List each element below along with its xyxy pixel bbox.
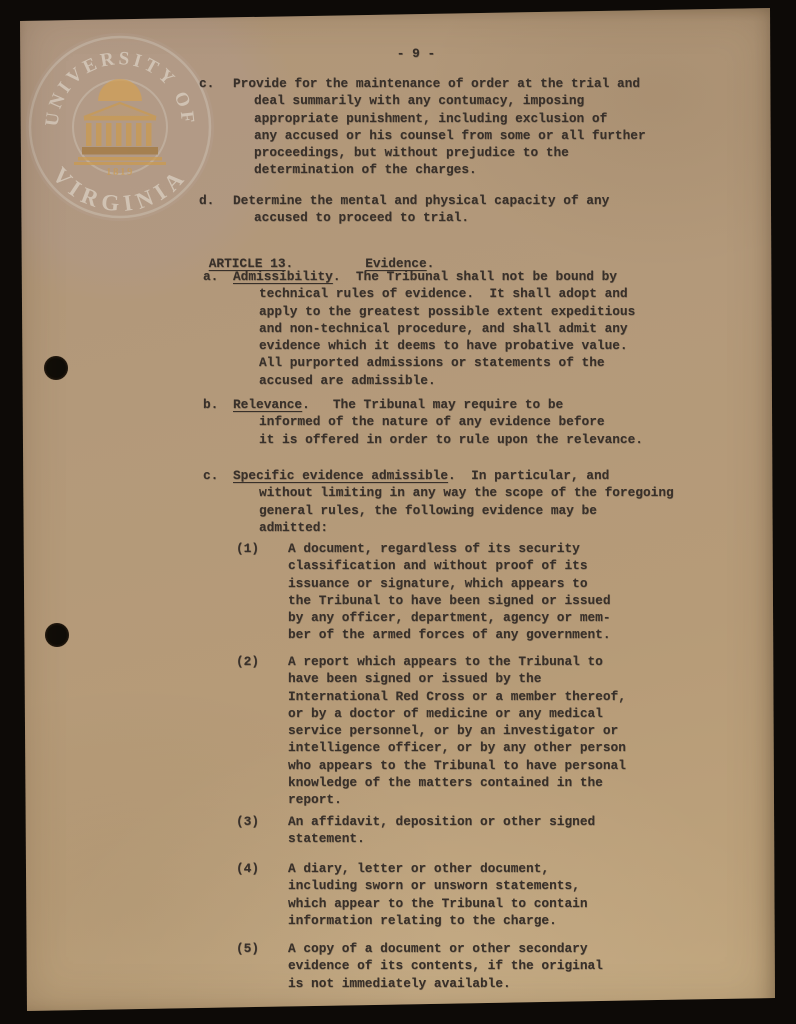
item-text: A copy of a document or other secondary … [288, 940, 603, 992]
seal-outer-ring [30, 37, 210, 217]
seal-haze [26, 33, 214, 221]
item-label: (5) [236, 940, 288, 957]
item-text: An affidavit, deposition or other signed… [288, 813, 595, 848]
item-label: b. [203, 396, 233, 413]
item-lead: Specific evidence admissible [233, 468, 448, 483]
list-item-b-relevance: b. Relevance. The Tribunal may require t… [203, 396, 733, 448]
item-text: Determine the mental and physical capaci… [233, 192, 609, 227]
university-of-virginia-seal-watermark: UNIVERSITY OF VIRGINIA 1819 [20, 27, 220, 227]
numbered-item-3: (3) An affidavit, deposition or other si… [236, 813, 736, 848]
document-page: UNIVERSITY OF VIRGINIA 1819 [18, 6, 775, 1012]
numbered-item-1: (1) A document, regardless of its securi… [236, 540, 736, 644]
item-text: Relevance. The Tribunal may require to b… [233, 396, 643, 448]
item-lead: Relevance [233, 397, 302, 412]
list-item-c-order: c. Provide for the maintenance of order … [199, 75, 719, 179]
seal-inner-ring [73, 80, 167, 174]
item-label: c. [199, 75, 233, 92]
hole-punch [44, 356, 68, 380]
page-number: - 9 - [336, 45, 496, 62]
hole-punch [45, 623, 69, 647]
seal-year: 1819 [106, 166, 134, 178]
item-text: Specific evidence admissible. In particu… [233, 467, 674, 536]
numbered-item-5: (5) A copy of a document or other second… [236, 940, 736, 992]
list-item-c-specific-evidence: c. Specific evidence admissible. In part… [203, 467, 733, 536]
item-label: (3) [236, 813, 288, 830]
item-label: a. [203, 268, 233, 285]
item-label: (1) [236, 540, 288, 557]
rotunda-icon: 1819 [74, 79, 166, 178]
numbered-item-4: (4) A diary, letter or other document, i… [236, 860, 736, 929]
item-label: (4) [236, 860, 288, 877]
item-lead: Admissibility [233, 269, 333, 284]
item-text: Provide for the maintenance of order at … [233, 75, 646, 179]
item-text: A report which appears to the Tribunal t… [288, 653, 626, 809]
item-label: (2) [236, 653, 288, 670]
list-item-d-capacity: d. Determine the mental and physical cap… [199, 192, 719, 227]
numbered-item-2: (2) A report which appears to the Tribun… [236, 653, 736, 809]
item-label: c. [203, 467, 233, 484]
item-label: d. [199, 192, 233, 209]
item-text: A document, regardless of its security c… [288, 540, 611, 644]
list-item-a-admissibility: a. Admissibility. The Tribunal shall not… [203, 268, 733, 389]
seal-arc-bottom-text: VIRGINIA [48, 162, 193, 216]
item-text: Admissibility. The Tribunal shall not be… [233, 268, 635, 389]
item-text: A diary, letter or other document, inclu… [288, 860, 588, 929]
seal-arc-top-text: UNIVERSITY OF [42, 48, 199, 127]
